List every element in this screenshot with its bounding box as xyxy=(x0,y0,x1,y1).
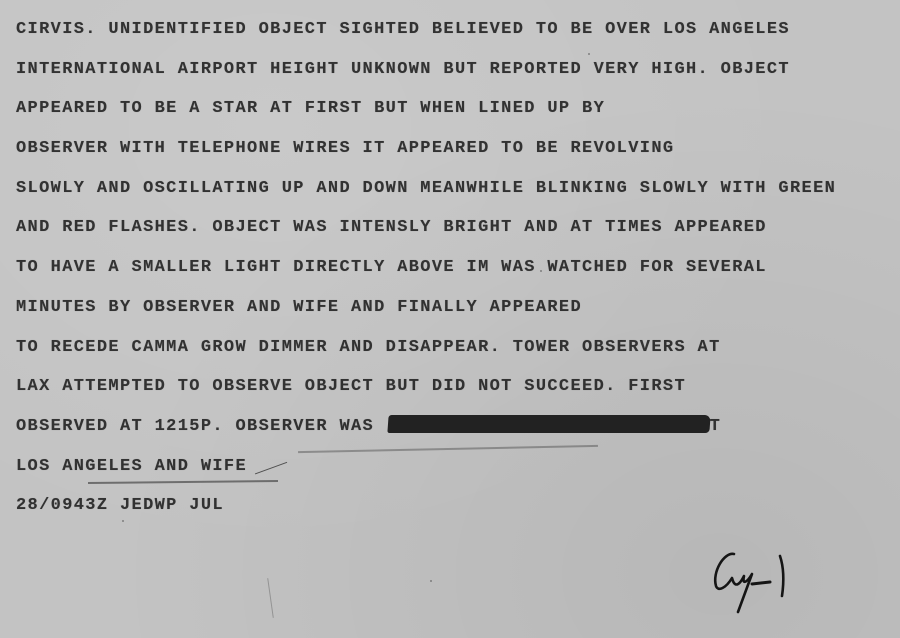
message-line: LAX ATTEMPTED TO OBSERVE OBJECT BUT DID … xyxy=(16,375,836,415)
redaction-bar xyxy=(387,415,710,433)
paper-speck xyxy=(150,300,152,302)
date-time-group-line: 28/0943Z JEDWP JUL xyxy=(16,494,836,534)
message-line: SLOWLY AND OSCILLATING UP AND DOWN MEANW… xyxy=(16,177,836,217)
pencil-mark xyxy=(267,578,274,618)
message-line: OBSERVER WITH TELEPHONE WIRES IT APPEARE… xyxy=(16,137,836,177)
message-line: INTERNATIONAL AIRPORT HEIGHT UNKNOWN BUT… xyxy=(16,58,836,98)
paper-speck xyxy=(588,53,590,55)
file-number-annotation: 7-3719-3 xyxy=(895,148,900,276)
redacted-line-prefix: OBSERVED AT 1215P. OBSERVER WAS xyxy=(16,417,386,436)
message-line: TO HAVE A SMALLER LIGHT DIRECTLY ABOVE I… xyxy=(16,256,836,296)
initials-signature-icon xyxy=(712,548,832,628)
message-line: MINUTES BY OBSERVER AND WIFE AND FINALLY… xyxy=(16,296,836,336)
message-line: LOS ANGELES AND WIFE xyxy=(16,455,836,495)
redacted-line-suffix: T xyxy=(710,417,722,436)
message-line: CIRVIS. UNIDENTIFIED OBJECT SIGHTED BELI… xyxy=(16,18,836,58)
message-line: TO RECEDE CAMMA GROW DIMMER AND DISAPPEA… xyxy=(16,336,836,376)
message-line: AND RED FLASHES. OBJECT WAS INTENSLY BRI… xyxy=(16,216,836,256)
scanned-document-page: CIRVIS. UNIDENTIFIED OBJECT SIGHTED BELI… xyxy=(0,0,900,638)
teletype-message-body: CIRVIS. UNIDENTIFIED OBJECT SIGHTED BELI… xyxy=(16,18,836,534)
paper-speck xyxy=(122,520,124,522)
paper-speck xyxy=(430,580,432,582)
message-line: APPEARED TO BE A STAR AT FIRST BUT WHEN … xyxy=(16,97,836,137)
handwritten-initials: Cy-1 xyxy=(712,548,832,628)
paper-speck xyxy=(540,270,542,272)
